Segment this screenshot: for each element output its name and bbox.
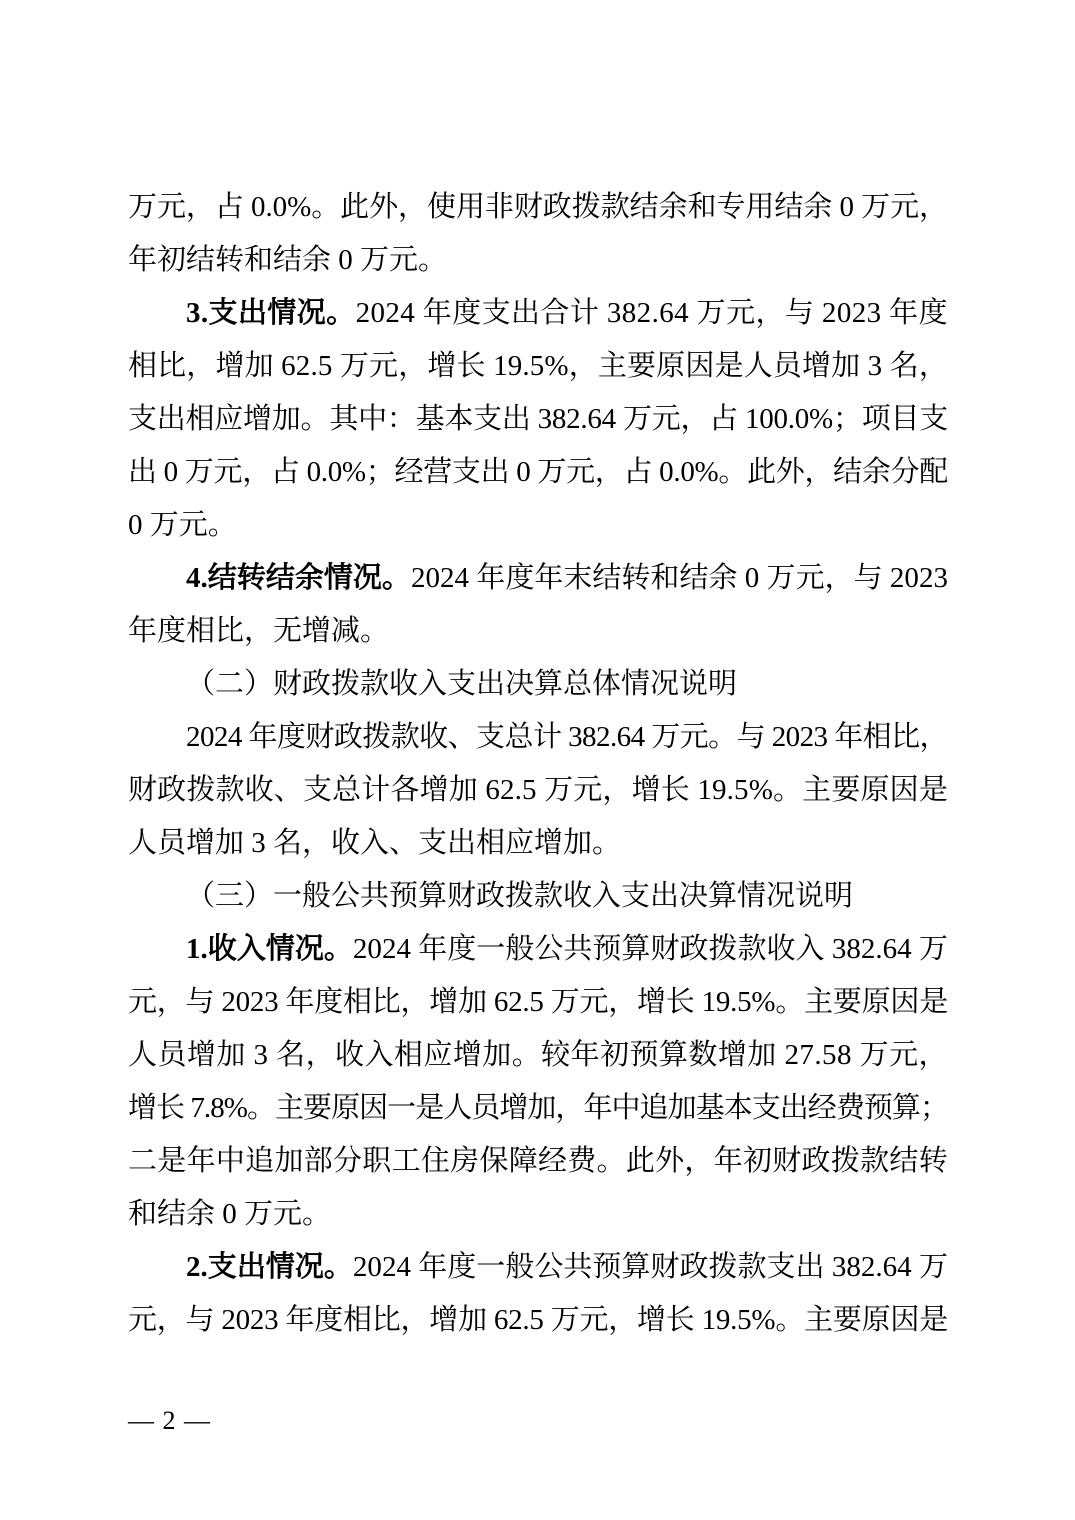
- text-line: 3.支出情况。2024 年度支出合计 382.64 万元，与 2023 年度: [128, 287, 948, 340]
- text-run: 人员增加 3 名，收入、支出相应增加。: [128, 827, 621, 859]
- line-content: 2.支出情况。2024 年度一般公共预算财政拨款支出 382.64 万: [186, 1251, 948, 1283]
- line-content: （三）一般公共预算财政拨款收入支出决算情况说明: [186, 880, 853, 912]
- line-content: 万元，占 0.0%。此外，使用非财政拨款结余和专用结余 0 万元，: [128, 191, 948, 223]
- text-run: （三）一般公共预算财政拨款收入支出决算情况说明: [186, 880, 853, 912]
- section-heading: （二）财政拨款收入支出决算总体情况说明: [128, 658, 948, 711]
- text-line: 2024 年度财政拨款收、支总计 382.64 万元。与 2023 年相比，: [128, 711, 948, 764]
- line-content: 2024 年度财政拨款收、支总计 382.64 万元。与 2023 年相比，: [186, 721, 948, 753]
- paragraph-lead-bold: 4.结转结余情况。: [186, 562, 411, 594]
- paragraph-lead-bold: 3.支出情况。: [186, 297, 356, 329]
- line-content: 二是年中追加部分职工住房保障经费。此外，年初财政拨款结转: [128, 1145, 948, 1177]
- text-run: （二）财政拨款收入支出决算总体情况说明: [186, 668, 737, 700]
- section-heading: （三）一般公共预算财政拨款收入支出决算情况说明: [128, 870, 948, 923]
- text-run: 元，与 2023 年度相比，增加 62.5 万元，增长 19.5%。主要原因是: [128, 986, 948, 1018]
- text-line: 万元，占 0.0%。此外，使用非财政拨款结余和专用结余 0 万元，: [128, 181, 948, 234]
- text-run: 2024 年度支出合计 382.64 万元，与 2023 年度: [356, 297, 948, 329]
- text-run: 增长 7.8%。主要原因一是人员增加，年中追加基本支出经费预算；: [128, 1092, 948, 1124]
- line-content: 元，与 2023 年度相比，增加 62.5 万元，增长 19.5%。主要原因是: [128, 1304, 948, 1336]
- text-run: 0 万元。: [128, 509, 237, 541]
- line-content: 年度相比，无增减。: [128, 615, 389, 647]
- text-line: 二是年中追加部分职工住房保障经费。此外，年初财政拨款结转: [128, 1135, 948, 1188]
- text-line: 年度相比，无增减。: [128, 605, 948, 658]
- text-run: 出 0 万元，占 0.0%；经营支出 0 万元，占 0.0%。此外，结余分配: [128, 456, 948, 488]
- text-run: 2024 年度一般公共预算财政拨款支出 382.64 万: [353, 1251, 948, 1283]
- line-content: 年初结转和结余 0 万元。: [128, 244, 447, 276]
- text-line: 相比，增加 62.5 万元，增长 19.5%，主要原因是人员增加 3 名，: [128, 340, 948, 393]
- line-content: 增长 7.8%。主要原因一是人员增加，年中追加基本支出经费预算；: [128, 1092, 948, 1124]
- text-line: 年初结转和结余 0 万元。: [128, 234, 948, 287]
- line-content: 出 0 万元，占 0.0%；经营支出 0 万元，占 0.0%。此外，结余分配: [128, 456, 948, 488]
- text-line: 0 万元。: [128, 499, 948, 552]
- paragraph-lead-bold: 2.支出情况。: [186, 1251, 353, 1283]
- line-content: 4.结转结余情况。2024 年度年末结转和结余 0 万元，与 2023: [186, 562, 948, 594]
- line-content: 3.支出情况。2024 年度支出合计 382.64 万元，与 2023 年度: [186, 297, 948, 329]
- text-run: 财政拨款收、支总计各增加 62.5 万元，增长 19.5%。主要原因是: [128, 774, 948, 806]
- text-run: 2024 年度一般公共预算财政拨款收入 382.64 万: [353, 933, 948, 965]
- text-line: 人员增加 3 名，收入、支出相应增加。: [128, 817, 948, 870]
- paragraph-lead-bold: 1.收入情况。: [186, 933, 353, 965]
- line-content: 支出相应增加。其中：基本支出 382.64 万元，占 100.0%；项目支: [128, 403, 948, 435]
- text-line: 支出相应增加。其中：基本支出 382.64 万元，占 100.0%；项目支: [128, 393, 948, 446]
- text-line: 人员增加 3 名，收入相应增加。较年初预算数增加 27.58 万元，: [128, 1029, 948, 1082]
- text-run: 和结余 0 万元。: [128, 1198, 331, 1230]
- line-content: 相比，增加 62.5 万元，增长 19.5%，主要原因是人员增加 3 名，: [128, 350, 948, 382]
- text-run: 元，与 2023 年度相比，增加 62.5 万元，增长 19.5%。主要原因是: [128, 1304, 948, 1336]
- line-content: 人员增加 3 名，收入相应增加。较年初预算数增加 27.58 万元，: [128, 1039, 948, 1071]
- text-run: 2024 年度年末结转和结余 0 万元，与 2023: [411, 562, 948, 594]
- text-run: 年度相比，无增减。: [128, 615, 389, 647]
- text-line: 元，与 2023 年度相比，增加 62.5 万元，增长 19.5%。主要原因是: [128, 1294, 948, 1347]
- page-number: — 2 —: [128, 1406, 211, 1436]
- line-content: 0 万元。: [128, 509, 237, 541]
- line-content: 1.收入情况。2024 年度一般公共预算财政拨款收入 382.64 万: [186, 933, 948, 965]
- text-run: 二是年中追加部分职工住房保障经费。此外，年初财政拨款结转: [128, 1145, 948, 1177]
- text-line: 财政拨款收、支总计各增加 62.5 万元，增长 19.5%。主要原因是: [128, 764, 948, 817]
- text-line: 和结余 0 万元。: [128, 1188, 948, 1241]
- text-run: 2024 年度财政拨款收、支总计 382.64 万元。与 2023 年相比，: [186, 721, 948, 753]
- text-line: 2.支出情况。2024 年度一般公共预算财政拨款支出 382.64 万: [128, 1241, 948, 1294]
- text-run: 年初结转和结余 0 万元。: [128, 244, 447, 276]
- line-content: 元，与 2023 年度相比，增加 62.5 万元，增长 19.5%。主要原因是: [128, 986, 948, 1018]
- text-line: 元，与 2023 年度相比，增加 62.5 万元，增长 19.5%。主要原因是: [128, 976, 948, 1029]
- text-run: 万元，占 0.0%。此外，使用非财政拨款结余和专用结余 0 万元，: [128, 191, 948, 223]
- text-line: 增长 7.8%。主要原因一是人员增加，年中追加基本支出经费预算；: [128, 1082, 948, 1135]
- text-line: 1.收入情况。2024 年度一般公共预算财政拨款收入 382.64 万: [128, 923, 948, 976]
- text-line: 4.结转结余情况。2024 年度年末结转和结余 0 万元，与 2023: [128, 552, 948, 605]
- text-run: 相比，增加 62.5 万元，增长 19.5%，主要原因是人员增加 3 名，: [128, 350, 948, 382]
- text-line: 出 0 万元，占 0.0%；经营支出 0 万元，占 0.0%。此外，结余分配: [128, 446, 948, 499]
- text-run: 人员增加 3 名，收入相应增加。较年初预算数增加 27.58 万元，: [128, 1039, 948, 1071]
- document-page: 万元，占 0.0%。此外，使用非财政拨款结余和专用结余 0 万元，年初结转和结余…: [0, 0, 1075, 1520]
- line-content: 人员增加 3 名，收入、支出相应增加。: [128, 827, 621, 859]
- line-content: 财政拨款收、支总计各增加 62.5 万元，增长 19.5%。主要原因是: [128, 774, 948, 806]
- line-content: 和结余 0 万元。: [128, 1198, 331, 1230]
- document-body: 万元，占 0.0%。此外，使用非财政拨款结余和专用结余 0 万元，年初结转和结余…: [128, 181, 948, 1347]
- text-run: 支出相应增加。其中：基本支出 382.64 万元，占 100.0%；项目支: [128, 403, 948, 435]
- line-content: （二）财政拨款收入支出决算总体情况说明: [186, 668, 737, 700]
